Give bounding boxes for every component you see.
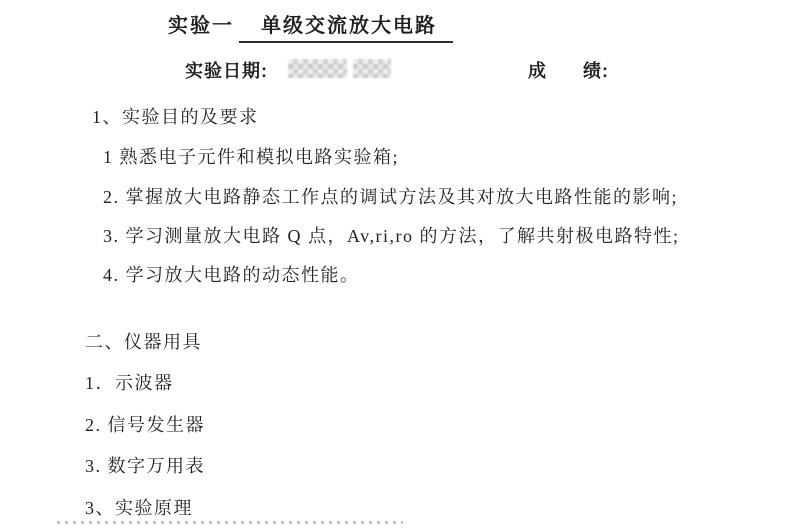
title-main-underlined: 单级交流放大电路 <box>239 9 453 43</box>
title-prefix: 实验一 <box>168 15 234 37</box>
experiment-date-label: 实验日期: <box>185 57 268 83</box>
section2-heading: 二、仪器用具 <box>85 328 202 354</box>
section1-item-3: 3. 学习测量放大电路 Q 点，Av,ri,ro 的方法，了解共射极电路特性; <box>103 222 679 248</box>
section2-item-2: 2. 信号发生器 <box>85 411 205 437</box>
section3-heading: 3、实验原理 <box>85 494 193 520</box>
document-title: 实验一单级交流放大电路 <box>168 9 453 43</box>
section1-item-1: 1 熟悉电子元件和模拟电路实验箱; <box>103 143 399 169</box>
section2-item-3: 3. 数字万用表 <box>85 452 205 478</box>
section1-heading: 1、实验目的及要求 <box>92 103 259 129</box>
section1-item-2: 2. 掌握放大电路静态工作点的调试方法及其对放大电路性能的影响; <box>103 183 678 209</box>
section1-item-4: 4. 学习放大电路的动态性能。 <box>103 261 360 287</box>
score-label-first-char: 成 <box>528 57 547 83</box>
document-page: 实验一单级交流放大电路 实验日期: 成 绩: 1、实验目的及要求 1 熟悉电子元… <box>0 0 794 531</box>
score-label-second-char: 绩: <box>583 57 609 83</box>
redacted-date-value-block-1 <box>288 59 347 78</box>
cutoff-next-line-top-edge <box>57 521 403 524</box>
section2-item-1: 1．示波器 <box>85 369 174 395</box>
redacted-date-value-block-2 <box>353 59 391 78</box>
